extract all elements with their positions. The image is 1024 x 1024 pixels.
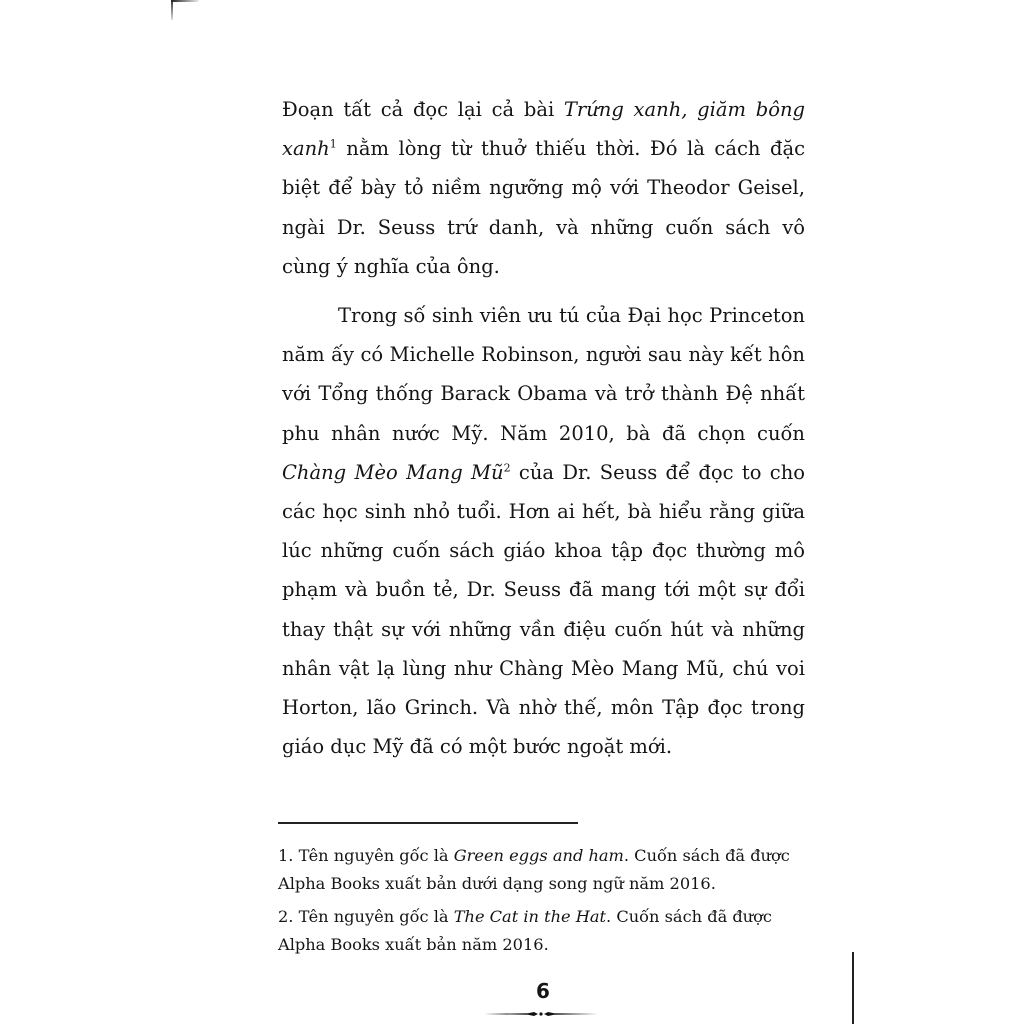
text-run: Trong số sinh viên ưu tú của Đại học Pri… [282, 304, 805, 445]
footnotes: 1. Tên nguyên gốc là Green eggs and ham.… [278, 842, 808, 964]
footnote-2: 2. Tên nguyên gốc là The Cat in the Hat.… [278, 903, 808, 959]
text-run: nằm lòng từ thuở thiếu thời. Đó là cách … [282, 137, 805, 278]
text-run: của Dr. Seuss để đọc to cho các học sinh… [282, 461, 805, 758]
footnote-ref-1[interactable]: 1 [330, 138, 337, 151]
page-number: 6 [536, 979, 550, 1003]
book-title-chang-meo: Chàng Mèo Mang Mũ [282, 461, 504, 484]
text-run: 2. Tên nguyên gốc là [278, 907, 454, 926]
body-text: Đoạn tất cả đọc lại cả bài Trứng xanh, g… [282, 90, 805, 766]
crop-mark-vertical [171, 0, 173, 20]
page-number-ornament-icon [484, 1010, 598, 1018]
footnote-ref-2[interactable]: 2 [504, 461, 511, 474]
page-edge-line [852, 952, 854, 1024]
original-title: Green eggs and ham [454, 846, 624, 865]
original-title: The Cat in the Hat [454, 907, 606, 926]
text-run: Đoạn tất cả đọc lại cả bài [282, 98, 564, 121]
footnote-divider [278, 822, 578, 824]
text-run: 1. Tên nguyên gốc là [278, 846, 454, 865]
footnote-1: 1. Tên nguyên gốc là Green eggs and ham.… [278, 842, 808, 898]
crop-mark-horizontal [171, 0, 199, 2]
paragraph-2: Trong số sinh viên ưu tú của Đại học Pri… [282, 296, 805, 766]
paragraph-1: Đoạn tất cả đọc lại cả bài Trứng xanh, g… [282, 90, 805, 286]
